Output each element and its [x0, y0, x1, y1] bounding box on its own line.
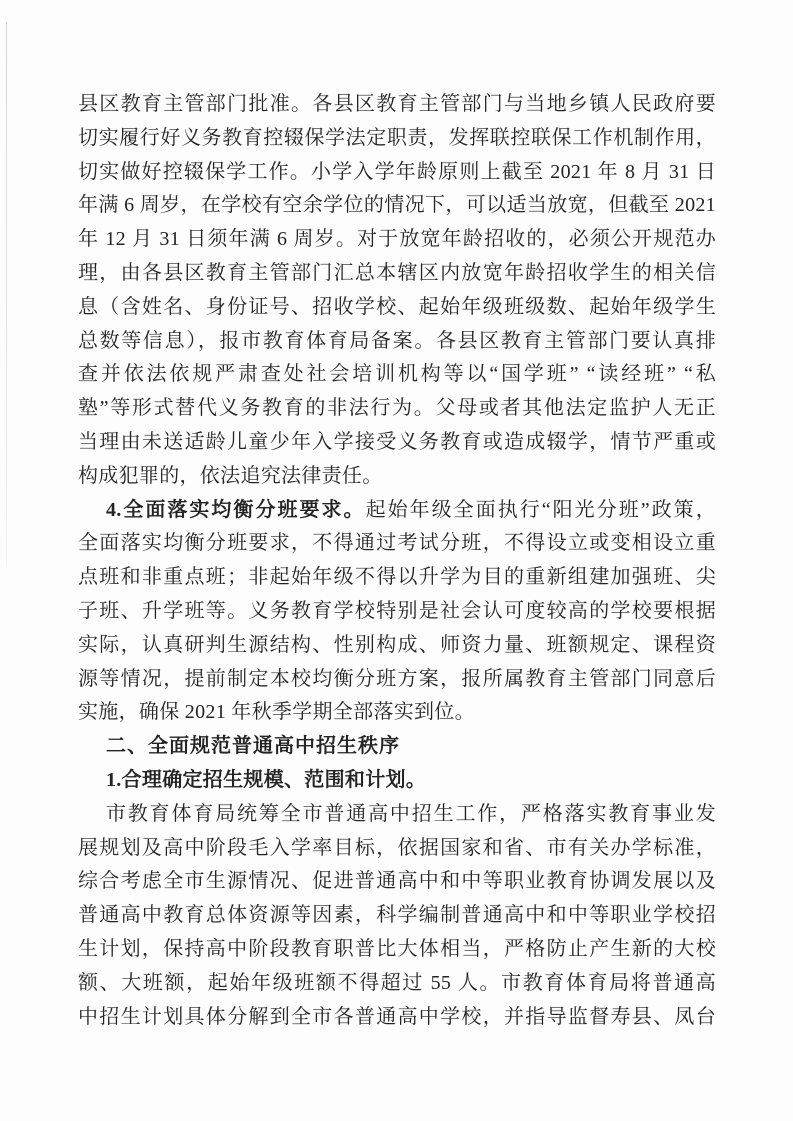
- text-segment: 年满 6 周岁，在学校有空余学位的情况下，可以适当放宽，但截至 2021: [78, 194, 716, 216]
- document-text-block: 县区教育主管部门批准。各县区教育主管部门与当地乡镇人民政府要切实履行好义务教育控…: [78, 88, 716, 1034]
- text-segment: 查并依法依规严肃查处社会培训机构等以“国学班” “读经班” “私: [78, 363, 716, 385]
- text-line: 构成犯罪的，依法追究法律责任。: [78, 460, 716, 494]
- text-segment: 实施，确保 2021 年秋季学期全部落实到位。: [78, 701, 475, 723]
- text-segment: 全面落实均衡分班要求，不得通过考试分班，不得设立或变相设立重: [78, 532, 716, 554]
- text-line: 实施，确保 2021 年秋季学期全部落实到位。: [78, 696, 716, 730]
- text-line: 查并依法依规严肃查处社会培训机构等以“国学班” “读经班” “私: [78, 358, 716, 392]
- text-line: 综合考虑全市生源情况、促进普通高中和中等职业教育协调发展以及: [78, 865, 716, 899]
- text-line: 展规划及高中阶段毛入学率目标，依据国家和省、市有关办学标准，: [78, 832, 716, 866]
- text-line: 市教育体育局统筹全市普通高中招生工作，严格落实教育事业发: [78, 798, 716, 832]
- text-segment: 源等情况，提前制定本校均衡分班方案，报所属教育主管部门同意后: [78, 668, 716, 690]
- text-line: 1.合理确定招生规模、范围和计划。: [78, 764, 716, 798]
- text-line: 年 12 月 31 日须年满 6 周岁。对于放宽年龄招收的，必须公开规范办: [78, 223, 716, 257]
- text-segment: 理，由各县区教育主管部门汇总本辖区内放宽年龄招收学生的相关信: [78, 262, 716, 284]
- text-line: 点班和非重点班；非起始年级不得以升学为目的重新组建加强班、尖: [78, 561, 716, 595]
- text-segment: 县区教育主管部门批准。各县区教育主管部门与当地乡镇人民政府要: [78, 93, 716, 115]
- text-segment: 构成犯罪的，依法追究法律责任。: [78, 465, 383, 487]
- text-segment: 年 12 月 31 日须年满 6 周岁。对于放宽年龄招收的，必须公开规范办: [78, 228, 716, 250]
- text-line: 实际，认真研判生源结构、性别构成、师资力量、班额规定、课程资: [78, 629, 716, 663]
- text-segment: 普通高中教育总体资源等因素，科学编制普通高中和中等职业学校招: [78, 904, 716, 926]
- text-line: 普通高中教育总体资源等因素，科学编制普通高中和中等职业学校招: [78, 899, 716, 933]
- text-segment: 展规划及高中阶段毛入学率目标，依据国家和省、市有关办学标准，: [78, 837, 716, 859]
- document-page: 县区教育主管部门批准。各县区教育主管部门与当地乡镇人民政府要切实履行好义务教育控…: [0, 0, 793, 1121]
- text-segment: 息（含姓名、身份证号、招收学校、起始年级班级数、起始年级学生: [78, 296, 716, 318]
- text-line: 切实做好控辍保学工作。小学入学年龄原则上截至 2021 年 8 月 31 日: [78, 156, 716, 190]
- text-segment: 1.合理确定招生规模、范围和计划。: [106, 769, 426, 791]
- text-line: 县区教育主管部门批准。各县区教育主管部门与当地乡镇人民政府要: [78, 88, 716, 122]
- text-segment: 塾”等形式替代义务教育的非法行为。父母或者其他法定监护人无正: [78, 397, 716, 419]
- text-segment: 中招生计划具体分解到全市各普通高中学校，并指导监督寿县、凤台: [78, 1006, 716, 1028]
- scan-edge-artifact: [6, 22, 7, 567]
- text-line: 切实履行好义务教育控辍保学法定职责，发挥联控联保工作机制作用，: [78, 122, 716, 156]
- text-segment: 当理由未送适龄儿童少年入学接受义务教育或造成辍学，情节严重或: [78, 431, 716, 453]
- text-line: 中招生计划具体分解到全市各普通高中学校，并指导监督寿县、凤台: [78, 1001, 716, 1035]
- text-segment: 市教育体育局统筹全市普通高中招生工作，严格落实教育事业发: [106, 803, 716, 825]
- section-heading-text: 二、全面规范普通高中招生秩序: [106, 735, 400, 757]
- text-segment: 4.全面落实均衡分班要求。: [106, 499, 366, 521]
- text-segment: 实际，认真研判生源结构、性别构成、师资力量、班额规定、课程资: [78, 634, 716, 656]
- text-line: 息（含姓名、身份证号、招收学校、起始年级班级数、起始年级学生: [78, 291, 716, 325]
- text-line: 总数等信息），报市教育体育局备案。各县区教育主管部门要认真排: [78, 325, 716, 359]
- text-segment: 切实履行好义务教育控辍保学法定职责，发挥联控联保工作机制作用，: [78, 127, 716, 149]
- text-line: 全面落实均衡分班要求，不得通过考试分班，不得设立或变相设立重: [78, 527, 716, 561]
- text-segment: 起始年级全面执行“阳光分班”政策，: [366, 499, 716, 521]
- text-line: 子班、升学班等。义务教育学校特别是社会认可度较高的学校要根据: [78, 595, 716, 629]
- text-line: 年满 6 周岁，在学校有空余学位的情况下，可以适当放宽，但截至 2021: [78, 189, 716, 223]
- text-line: 生计划，保持高中阶段教育职普比大体相当，严格防止产生新的大校: [78, 933, 716, 967]
- text-line: 4.全面落实均衡分班要求。起始年级全面执行“阳光分班”政策，: [78, 494, 716, 528]
- text-segment: 生计划，保持高中阶段教育职普比大体相当，严格防止产生新的大校: [78, 938, 716, 960]
- text-line: 额、大班额，起始年级班额不得超过 55 人。市教育体育局将普通高: [78, 967, 716, 1001]
- text-segment: 切实做好控辍保学工作。小学入学年龄原则上截至 2021 年 8 月 31 日: [78, 161, 716, 183]
- text-line: 二、全面规范普通高中招生秩序: [78, 730, 716, 764]
- text-segment: 综合考虑全市生源情况、促进普通高中和中等职业教育协调发展以及: [78, 870, 716, 892]
- text-segment: 额、大班额，起始年级班额不得超过 55 人。市教育体育局将普通高: [78, 972, 716, 994]
- text-line: 源等情况，提前制定本校均衡分班方案，报所属教育主管部门同意后: [78, 663, 716, 697]
- text-segment: 子班、升学班等。义务教育学校特别是社会认可度较高的学校要根据: [78, 600, 716, 622]
- text-segment: 总数等信息），报市教育体育局备案。各县区教育主管部门要认真排: [78, 330, 716, 352]
- text-segment: 点班和非重点班；非起始年级不得以升学为目的重新组建加强班、尖: [78, 566, 716, 588]
- text-line: 塾”等形式替代义务教育的非法行为。父母或者其他法定监护人无正: [78, 392, 716, 426]
- text-line: 理，由各县区教育主管部门汇总本辖区内放宽年龄招收学生的相关信: [78, 257, 716, 291]
- text-line: 当理由未送适龄儿童少年入学接受义务教育或造成辍学，情节严重或: [78, 426, 716, 460]
